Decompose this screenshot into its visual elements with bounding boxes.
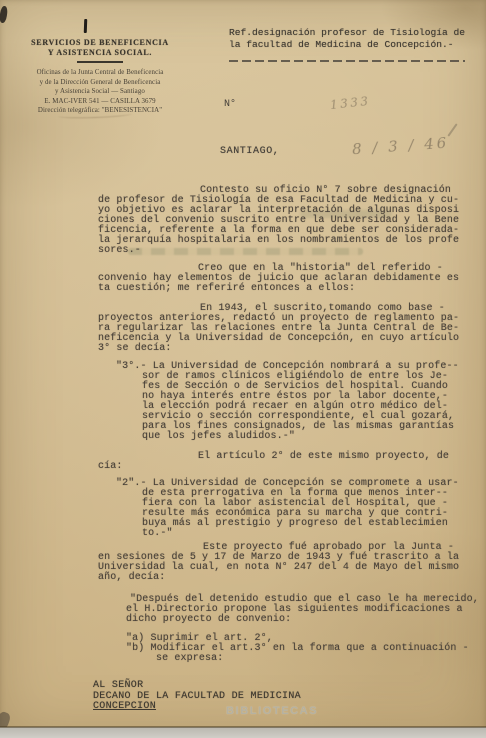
reference-line: Ref.designación profesor de Tisiología d… (229, 27, 474, 39)
letterhead-subline: y Asistencia Social — Santiago (22, 87, 178, 97)
body-line: la jerarquía hospitalaria en los nombram… (98, 236, 483, 246)
scanner-background-strip (0, 727, 486, 738)
quote-line: to.-" (142, 529, 483, 539)
letterhead-subline: Oficinas de la Junta Central de Benefice… (22, 68, 178, 78)
letterhead-title: SERVICIOS DE BENEFICENCIA (22, 38, 178, 48)
handwritten-number: 1333 (329, 94, 371, 112)
body-line: ta cuestión; me referiré entonces a ello… (98, 284, 483, 294)
quote-article-3: "3°.- La Universidad de Concepción nombr… (98, 362, 483, 442)
letterhead-rule (77, 61, 123, 63)
paragraph-3: En 1943, el suscrito,tomando como base -… (98, 304, 483, 354)
letterhead-title: Y ASISTENCIA SOCIAL. (22, 48, 178, 58)
letterhead-subline: y de la Dirección General de Beneficenci… (22, 78, 178, 88)
scanned-letter-page: SERVICIOS DE BENEFICENCIA Y ASISTENCIA S… (0, 0, 486, 738)
library-stamp: BIBLIOTECAS (226, 705, 318, 717)
paragraph-1: Contesto su oficio N° 7 sobre designació… (98, 186, 483, 256)
pencil-tick-mark (447, 123, 457, 136)
body-line: año, decía: (98, 573, 483, 583)
quote-line: que los jefes aludidos.-" (142, 432, 483, 442)
paragraph-4: El artículo 2° de este mismo proyecto, d… (98, 452, 483, 472)
reference-block: Ref.designación profesor de Tisiología d… (229, 27, 474, 51)
letterhead-subline: E. MAC-IVER 541 — CASILLA 3679 (22, 97, 178, 107)
document-number-label: N° (224, 99, 236, 110)
letterhead: SERVICIOS DE BENEFICENCIA Y ASISTENCIA S… (22, 38, 178, 116)
body-line: El artículo 2° de este mismo proyecto, d… (198, 452, 483, 462)
reference-underline (229, 60, 465, 62)
reference-line: la facultad de Medicina de Concepción.- (229, 39, 474, 51)
body-line: sores.- (98, 246, 483, 256)
scan-edge-mark (0, 6, 8, 24)
paragraph-5: Este proyecto fué aprobado por la Junta … (98, 543, 483, 583)
quote-line: buya más al prestigio y progreso del est… (142, 519, 483, 529)
quote-line: dicho proyecto de convenio: (126, 615, 483, 625)
addressee-line: AL SEÑOR (93, 681, 301, 692)
body-line: 3° se decía: (98, 344, 483, 354)
city-dateline: SANTIAGO, (220, 146, 279, 157)
modification-list: "a) Suprimir el art. 2°, "b) Modificar e… (98, 634, 483, 664)
body-line: cía: (98, 462, 483, 472)
handwritten-date: 8 / 3 / 46 (351, 134, 449, 159)
list-item: se expresa: (156, 654, 483, 664)
quote-article-2: "2".- La Universidad de Concepción se co… (98, 479, 483, 539)
quote-directorio: "Después del detenido estudio que el cas… (98, 595, 483, 625)
ink-stroke-mark (84, 19, 87, 33)
letterhead-subline: Dirección telegráfica: "BENESISTENCIA" (22, 106, 178, 116)
paragraph-2: Creo que en la "historia" del referido -… (98, 264, 483, 294)
